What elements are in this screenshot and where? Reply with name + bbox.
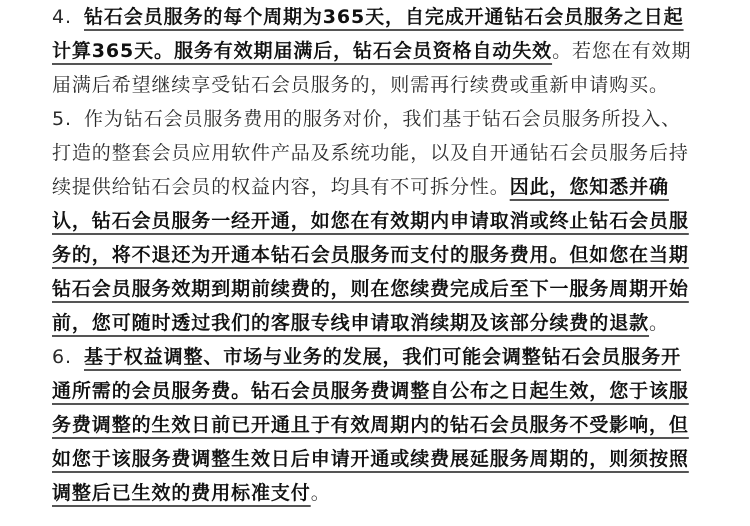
document-line: 调整后已生效的费用标准支付。 [52,476,331,510]
document-line: 务费调整的生效日前已开通且于有效周期内的钻石会员服务不受影响，但 [52,408,689,442]
body-text: 。 [649,312,669,334]
document-line: 钻石会员服务效期到期前续费的，则在您续费完成后至下一服务周期开始 [52,272,689,306]
emphasized-text: 务费调整的生效日前已开通且于有效周期内的钻石会员服务不受影响，但 [52,414,689,436]
clause-number: 4. [52,0,84,34]
body-text: 续提供给钻石会员的权益内容，均具有不可拆分性。 [52,176,510,198]
emphasized-text: 如您于该服务费调整生效日后申请开通或续费展延服务周期的，则须按照 [52,448,689,470]
emphasized-text: 认，钻石会员服务一经开通，如您在有效期内申请取消或终止钻石会员服 [52,210,689,232]
body-text: 。若您在有效期 [552,40,691,62]
emphasized-text: 前，您可随时透过我们的客服专线申请取消续期及该部分续费的退款 [52,312,649,334]
body-text: 。 [311,482,331,504]
document-line: 续提供给钻石会员的权益内容，均具有不可拆分性。因此，您知悉并确 [52,170,669,204]
body-text: 打造的整套会员应用软件产品及系统功能，以及自开通钻石会员服务后持 [52,142,689,164]
document-line: 届满后希望继续享受钻石会员服务的，则需再行续费或重新申请购买。 [52,68,669,102]
emphasized-text: 钻石会员服务效期到期前续费的，则在您续费完成后至下一服务周期开始 [52,278,689,300]
body-text: 届满后希望继续享受钻石会员服务的，则需再行续费或重新申请购买。 [52,74,669,96]
emphasized-text: 基于权益调整、市场与业务的发展，我们可能会调整钻石会员服务开 [84,346,681,368]
document-line: 5.作为钻石会员服务费用的服务对价，我们基于钻石会员服务所投入、 [52,102,681,136]
emphasized-text: 因此，您知悉并确 [510,176,669,198]
document-line: 4.钻石会员服务的每个周期为365天，自完成开通钻石会员服务之日起 [52,0,684,34]
emphasized-text: 通所需的会员服务费。钻石会员服务费调整自公布之日起生效，您于该服 [52,380,689,402]
emphasized-text: 钻石会员服务的每个周期为365天，自完成开通钻石会员服务之日起 [84,6,684,28]
document-line: 6.基于权益调整、市场与业务的发展，我们可能会调整钻石会员服务开 [52,340,681,374]
emphasized-text: 调整后已生效的费用标准支付 [52,482,311,504]
clause-number: 5. [52,102,84,136]
document-line: 如您于该服务费调整生效日后申请开通或续费展延服务周期的，则须按照 [52,442,689,476]
document-line: 认，钻石会员服务一经开通，如您在有效期内申请取消或终止钻石会员服 [52,204,689,238]
document-line: 前，您可随时透过我们的客服专线申请取消续期及该部分续费的退款。 [52,306,669,340]
emphasized-text: 计算365天。服务有效期届满后，钻石会员资格自动失效 [52,40,552,62]
document-line: 打造的整套会员应用软件产品及系统功能，以及自开通钻石会员服务后持 [52,136,689,170]
document-line: 通所需的会员服务费。钻石会员服务费调整自公布之日起生效，您于该服 [52,374,689,408]
body-text: 作为钻石会员服务费用的服务对价，我们基于钻石会员服务所投入、 [84,108,681,130]
document-line: 计算365天。服务有效期届满后，钻石会员资格自动失效。若您在有效期 [52,34,691,68]
clause-number: 6. [52,340,84,374]
document-line: 务的，将不退还为开通本钻石会员服务而支付的服务费用。但如您在当期 [52,238,689,272]
emphasized-text: 务的，将不退还为开通本钻石会员服务而支付的服务费用。但如您在当期 [52,244,689,266]
